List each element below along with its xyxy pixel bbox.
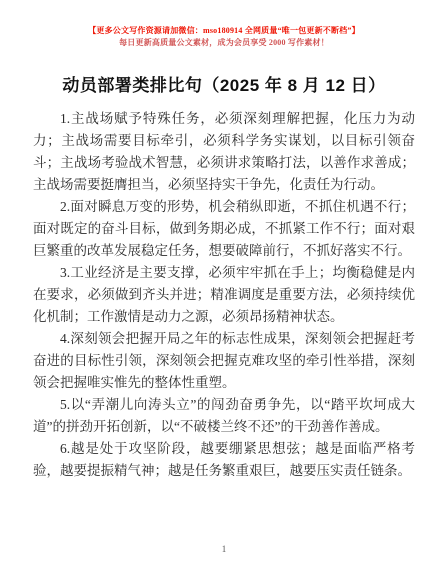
page-number: 1 [0, 544, 448, 554]
document-title: 动员部署类排比句（2025 年 8 月 12 日） [0, 71, 448, 96]
paragraph-4: 4.深刻领会把握开局之年的标志性成果，深刻领会把握赶考奋进的目标性引领，深刻领会… [33, 328, 415, 394]
promo-header-line2: 每日更新高质量公文素材，成为会员享受 2000 写作素材！ [0, 37, 448, 49]
paragraph-1: 1.主战场赋予特殊任务，必须深刻理解把握，化压力为动力；主战场需要目标牵引，必须… [33, 108, 415, 196]
paragraph-3: 3.工业经济是主要支撑，必须牢牢抓在手上；均衡稳健是内在要求，必须做到齐头并进；… [33, 262, 415, 328]
paragraph-6: 6.越是处于攻坚阶段，越要绷紧思想弦；越是面临严格考验，越要提振精气神；越是任务… [33, 438, 415, 482]
paragraph-2: 2.面对瞬息万变的形势，机会稍纵即逝，不抓住机遇不行；面对既定的奋斗目标，做到务… [33, 196, 415, 262]
paragraph-5: 5.以“弄潮儿向涛头立”的闯劲奋勇争先，以“踏平坎坷成大道”的拼劲开拓创新，以“… [33, 394, 415, 438]
document-body: 1.主战场赋予特殊任务，必须深刻理解把握，化压力为动力；主战场需要目标牵引，必须… [33, 108, 415, 482]
promo-header-line1: 【更多公文写作资源请加微信：mso180914 全网质量“唯一包更新不断档”】 [0, 25, 448, 37]
promo-header: 【更多公文写作资源请加微信：mso180914 全网质量“唯一包更新不断档”】 … [0, 0, 448, 49]
document-page: 【更多公文写作资源请加微信：mso180914 全网质量“唯一包更新不断档”】 … [0, 0, 448, 580]
